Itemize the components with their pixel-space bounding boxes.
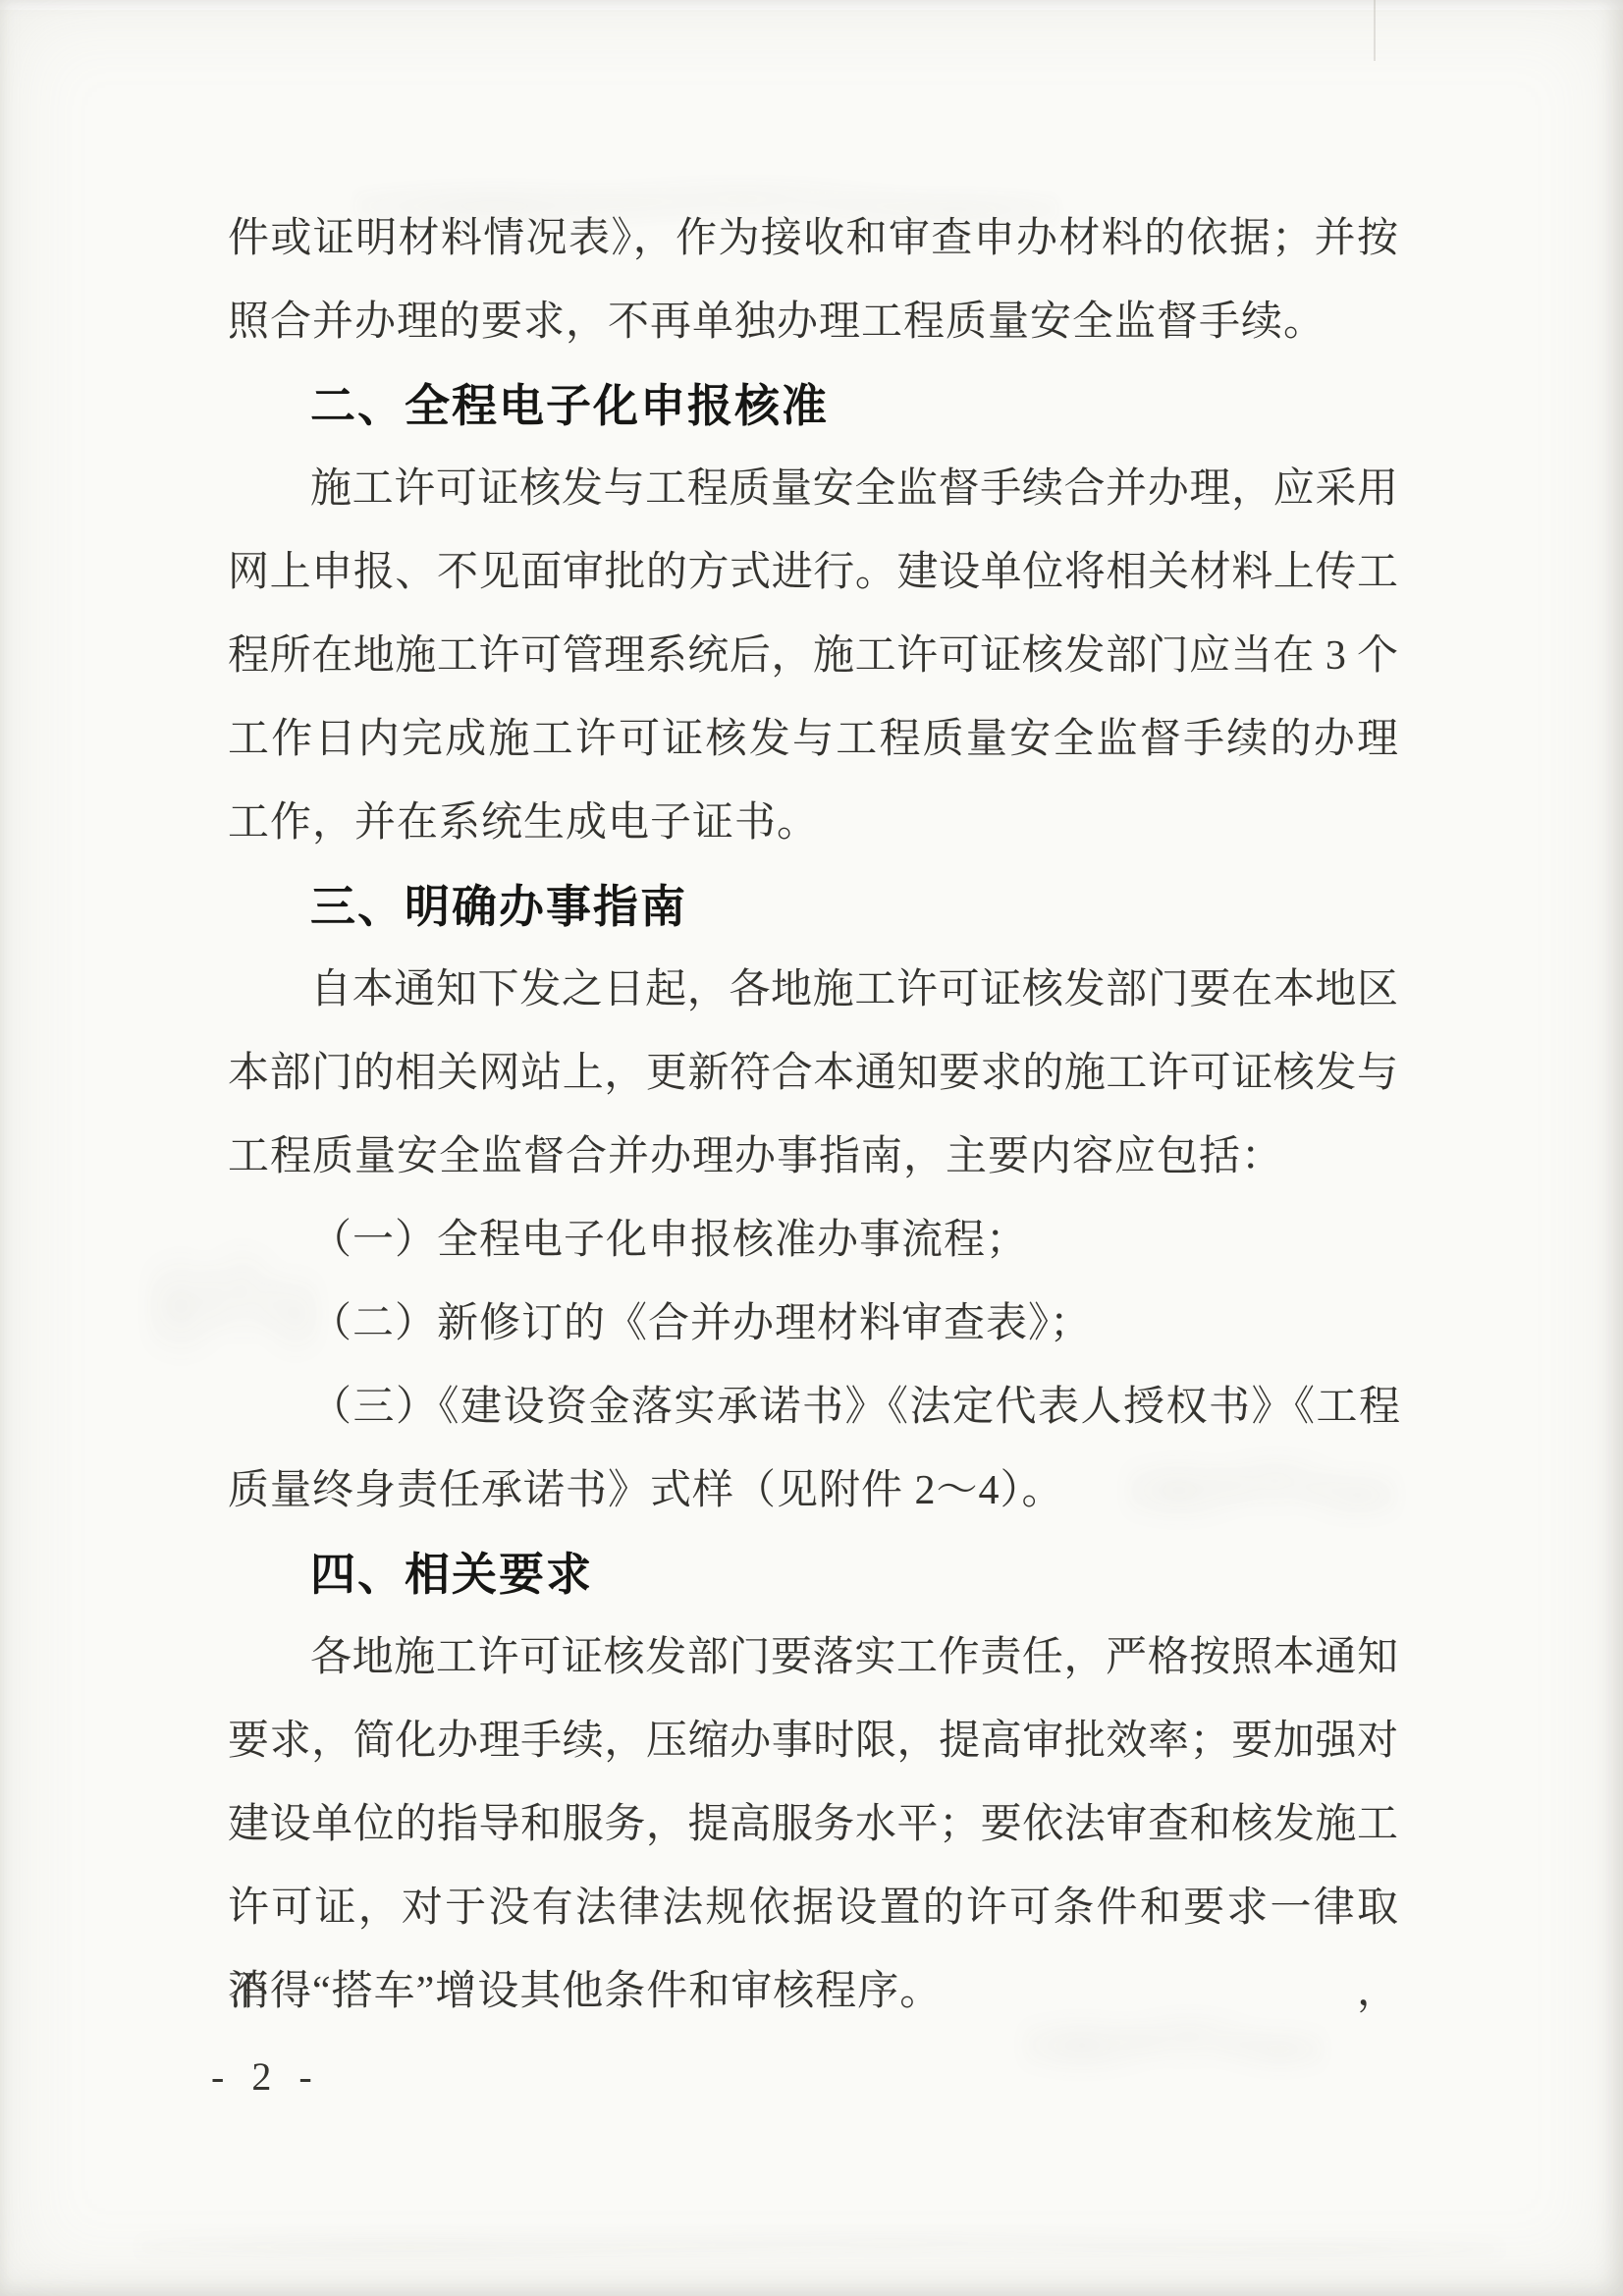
scan-top-edge <box>0 0 1623 10</box>
text-line: 施工许可证核发与工程质量安全监督手续合并办理，应采用 <box>228 448 1398 531</box>
list-item-3: （三）《建设资金落实承诺书》《法定代表人授权书》《工程 <box>228 1366 1398 1449</box>
text-line: 自本通知下发之日起，各地施工许可证核发部门要在本地区 <box>228 949 1398 1032</box>
text-line: 程所在地施工许可管理系统后，施工许可证核发部门应当在 3 个 <box>228 615 1398 698</box>
page-number: - 2 - <box>211 2052 321 2102</box>
section-heading-4: 四、相关要求 <box>228 1533 1398 1616</box>
text-line: 工程质量安全监督合并办理办事指南，主要内容应包括： <box>228 1116 1398 1199</box>
text-line: 工作日内完成施工许可证核发与工程质量安全监督手续的办理 <box>228 698 1398 782</box>
text-line: 件或证明材料情况表》，作为接收和审查申办材料的依据；并按 <box>228 197 1398 281</box>
list-item-1: （一）全程电子化申报核准办事流程； <box>228 1199 1398 1283</box>
text-line: 照合并办理的要求，不再单独办理工程质量安全监督手续。 <box>228 281 1398 364</box>
section-heading-2: 二、全程电子化申报核准 <box>228 364 1398 448</box>
text-line: 工作，并在系统生成电子证书。 <box>228 782 1398 865</box>
document-text-block: 件或证明材料情况表》，作为接收和审查申办材料的依据；并按 照合并办理的要求，不再… <box>228 197 1398 2034</box>
scanned-document-page: { "document": { "language": "zh-CN", "li… <box>0 0 1623 2296</box>
text-line: 各地施工许可证核发部门要落实工作责任，严格按照本通知 <box>228 1616 1398 1700</box>
section-heading-3: 三、明确办事指南 <box>228 865 1398 949</box>
text-line: 网上申报、不见面审批的方式进行。建设单位将相关材料上传工 <box>228 531 1398 615</box>
text-line: 本部门的相关网站上，更新符合本通知要求的施工许可证核发与 <box>228 1032 1398 1116</box>
text-line: 许可证，对于没有法律法规依据设置的许可条件和要求一律取消， <box>228 1867 1398 1950</box>
scanner-streak-artifact <box>1374 0 1376 61</box>
bleedthrough-artifact-bottom <box>137 2227 1502 2267</box>
text-line: 质量终身责任承诺书》式样（见附件 2～4）。 <box>228 1449 1398 1533</box>
list-item-2: （二）新修订的《合并办理材料审查表》； <box>228 1283 1398 1366</box>
text-line: 要求，简化办理手续，压缩办事时限，提高审批效率；要加强对 <box>228 1700 1398 1783</box>
text-line: 建设单位的指导和服务，提高服务水平；要依法审查和核发施工 <box>228 1783 1398 1867</box>
